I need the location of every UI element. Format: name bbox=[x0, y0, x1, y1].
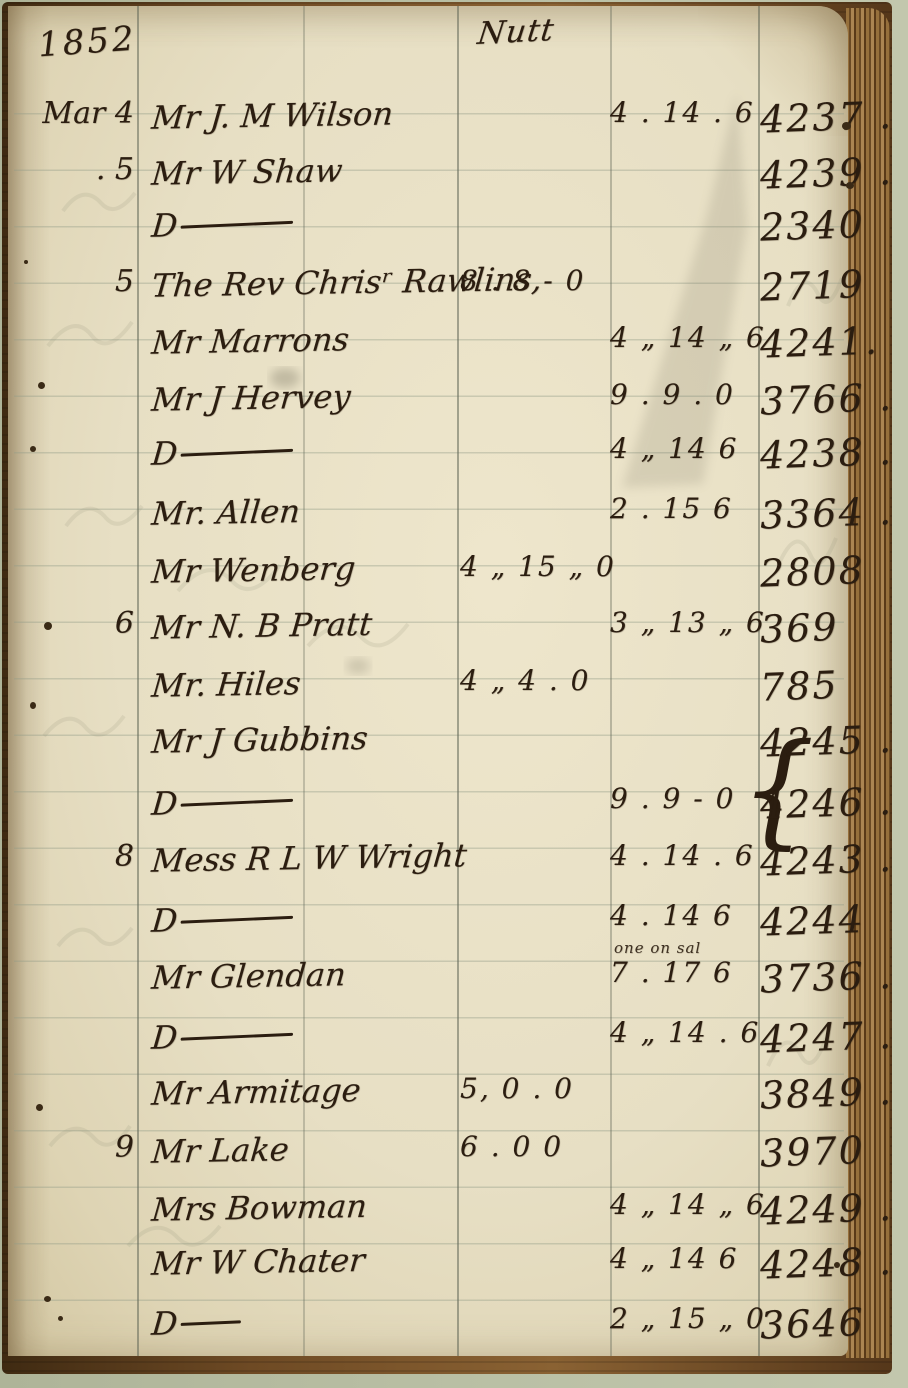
ledger-row: 5 The Rev Chrisʳ Rawlins, 8 . 8 - 0 2719 bbox=[8, 264, 848, 316]
amount: 8 . 8 - 0 bbox=[460, 264, 608, 297]
customer-name: Mr Armitage bbox=[150, 1069, 464, 1112]
ditto-mark: D bbox=[150, 429, 464, 472]
ditto-mark: D bbox=[150, 896, 464, 939]
ledger-row: Mr Armitage 5, 0 . 0 3849 . bbox=[8, 1072, 848, 1124]
ledger-row: D 4 „ 14 6 4238 . bbox=[8, 432, 848, 484]
ledger-row: D 4 . 14 6 one on sal 4244 bbox=[8, 899, 848, 951]
ink-speck bbox=[58, 1316, 63, 1321]
ink-speck bbox=[842, 122, 851, 130]
customer-name: Mr Glendan bbox=[150, 953, 464, 996]
ledger-row: D 2340 bbox=[8, 204, 848, 256]
customer-name: Mr. Allen bbox=[150, 489, 464, 532]
ink-speck bbox=[44, 1296, 51, 1302]
folio-number: 4238 . bbox=[759, 430, 852, 477]
folio-number: 4241. bbox=[759, 319, 852, 366]
folio-number: 4245 . bbox=[759, 718, 852, 765]
amount: 2 . 15 6 bbox=[610, 492, 758, 525]
customer-name: The Rev Chrisʳ Rawlins, bbox=[150, 261, 464, 304]
folio-number: 3646 bbox=[759, 1300, 852, 1347]
customer-name: Mr W Chater bbox=[150, 1239, 464, 1282]
customer-name: Mr N. B Pratt bbox=[150, 603, 464, 646]
ledger-row: Mrs Bowman 4 „ 14 „ 6 4249 . bbox=[8, 1188, 848, 1240]
amount: 4 . 14 6 bbox=[610, 899, 758, 932]
ledger-row: Mar 4 Mr J. M Wilson 4 . 14 . 6 4237 . bbox=[8, 96, 848, 148]
amount: 4 „ 14 6 bbox=[610, 432, 758, 465]
ditto-mark: D bbox=[150, 201, 464, 244]
ledger-row: Mr Glendan 7 . 17 6 3736 . bbox=[8, 956, 848, 1008]
ledger-row: Mr W Chater 4 „ 14 6 4248 . bbox=[8, 1242, 848, 1294]
page-heading: Nutt bbox=[475, 12, 556, 52]
ink-speck bbox=[24, 260, 28, 264]
folio-number: 369 bbox=[759, 604, 852, 651]
amount: 4 „ 4 . 0 bbox=[460, 664, 608, 697]
ledger-row: Mr Wenberg 4 „ 15 „ 0 2808 bbox=[8, 550, 848, 602]
customer-name: Mr J Hervey bbox=[150, 375, 464, 418]
ink-speck bbox=[834, 1262, 840, 1268]
entry-date: Mar 4 bbox=[22, 96, 134, 131]
ledger-row: . 5 Mr W Shaw 4239 . bbox=[8, 152, 848, 204]
customer-name: Mr Wenberg bbox=[150, 547, 464, 590]
customer-name: Mr Lake bbox=[150, 1127, 464, 1170]
folio-number: 4247 . bbox=[759, 1014, 852, 1061]
amount: 9 . 9 . 0 bbox=[610, 378, 758, 411]
ledger-row: Mr. Hiles 4 „ 4 . 0 785 bbox=[8, 664, 848, 716]
amount: 4 „ 14 6 bbox=[610, 1242, 758, 1275]
scanned-ledger-page: 1852 Nutt { Mar 4 Mr J. M Wilson 4 . 14 … bbox=[0, 0, 908, 1388]
ledger-row: D 4 „ 14 . 6 4247 . bbox=[8, 1016, 848, 1068]
entry-date: 8 bbox=[22, 839, 134, 874]
folio-number: 2719 bbox=[759, 262, 852, 309]
folio-number: 4243 . bbox=[759, 837, 852, 884]
customer-name: Mr Marrons bbox=[150, 318, 464, 361]
year-heading: 1852 bbox=[37, 19, 138, 66]
folio-number: 3849 . bbox=[759, 1070, 852, 1117]
folio-number: 4246 . bbox=[759, 780, 852, 827]
folio-number: 2340 bbox=[759, 202, 852, 249]
ditto-mark: D bbox=[150, 1013, 464, 1056]
entry-date: 9 bbox=[22, 1130, 134, 1165]
ledger-row: 9 Mr Lake 6 . 0 0 3970 bbox=[8, 1130, 848, 1182]
amount: 4 „ 14 . 6 bbox=[610, 1016, 758, 1049]
ledger-row: D 9 . 9 - 0 4246 . bbox=[8, 782, 848, 834]
folio-number: 3766 . bbox=[759, 376, 852, 423]
customer-name: Mr. Hiles bbox=[150, 661, 464, 704]
customer-name: Mrs Bowman bbox=[150, 1185, 464, 1228]
entry-date: 5 bbox=[22, 264, 134, 299]
folio-number: 4239 . bbox=[759, 150, 852, 197]
entry-date: 6 bbox=[22, 606, 134, 641]
ditto-mark: D bbox=[150, 779, 464, 822]
margin-note: one on sal bbox=[614, 939, 701, 957]
ledger-row: 6 Mr N. B Pratt 3 „ 13 „ 6 369 bbox=[8, 606, 848, 658]
amount: 5, 0 . 0 bbox=[460, 1072, 608, 1105]
entry-date: . 5 bbox=[22, 152, 134, 187]
amount: 3 „ 13 „ 6 bbox=[610, 606, 758, 639]
ledger-row: Mr J Hervey 9 . 9 . 0 3766 . bbox=[8, 378, 848, 430]
ledger-row: Mr J Gubbins 4245 . bbox=[8, 720, 848, 772]
ditto-flourish bbox=[180, 221, 293, 229]
folio-number: 3364 . bbox=[759, 490, 852, 537]
amount: 4 „ 14 „ 6 bbox=[610, 321, 758, 354]
amount: 2 „ 15 „ 0 bbox=[610, 1302, 758, 1335]
folio-number: 4249 . bbox=[759, 1186, 852, 1233]
folio-number: 3970 bbox=[759, 1128, 852, 1175]
customer-name: Mr W Shaw bbox=[150, 149, 464, 192]
ledger-row: Mr. Allen 2 . 15 6 3364 . bbox=[8, 492, 848, 544]
ledger-page: 1852 Nutt { Mar 4 Mr J. M Wilson 4 . 14 … bbox=[8, 6, 848, 1356]
customer-name: Mess R L W Wright bbox=[150, 836, 464, 879]
ledger-row: Mr Marrons 4 „ 14 „ 6 4241. bbox=[8, 321, 848, 373]
ditto-flourish bbox=[180, 1033, 293, 1041]
amount: 4 . 14 . 6 bbox=[610, 96, 758, 129]
ink-speck bbox=[36, 1104, 43, 1111]
ink-speck bbox=[44, 622, 52, 630]
ditto-mark: D bbox=[150, 1299, 464, 1342]
customer-name: Mr J. M Wilson bbox=[150, 93, 464, 136]
amount: 4 „ 14 „ 6 bbox=[610, 1188, 758, 1221]
folio-number: 4244 bbox=[759, 897, 852, 944]
ditto-flourish bbox=[180, 799, 293, 807]
folio-number: 785 bbox=[759, 662, 852, 709]
ledger-row: 8 Mess R L W Wright 4 . 14 . 6 4243 . bbox=[8, 839, 848, 891]
ditto-flourish bbox=[180, 916, 293, 924]
ink-speck bbox=[30, 446, 36, 452]
ditto-flourish bbox=[180, 1320, 240, 1326]
folio-number: 4237 . bbox=[759, 94, 852, 141]
ink-speck bbox=[846, 182, 854, 189]
customer-name: Mr J Gubbins bbox=[150, 717, 464, 760]
ink-speck bbox=[30, 702, 36, 709]
ledger-row: D 2 „ 15 „ 0 3646 bbox=[8, 1302, 848, 1354]
ink-speck bbox=[38, 382, 45, 389]
folio-number: 2808 bbox=[759, 548, 852, 595]
amount: 9 . 9 - 0 bbox=[610, 782, 758, 815]
ditto-flourish bbox=[180, 449, 293, 457]
amount: 4 „ 15 „ 0 bbox=[460, 550, 608, 583]
folio-number: 3736 . bbox=[759, 954, 852, 1001]
amount: 4 . 14 . 6 bbox=[610, 839, 758, 872]
amount: 6 . 0 0 bbox=[460, 1130, 608, 1163]
amount: 7 . 17 6 bbox=[610, 956, 758, 989]
